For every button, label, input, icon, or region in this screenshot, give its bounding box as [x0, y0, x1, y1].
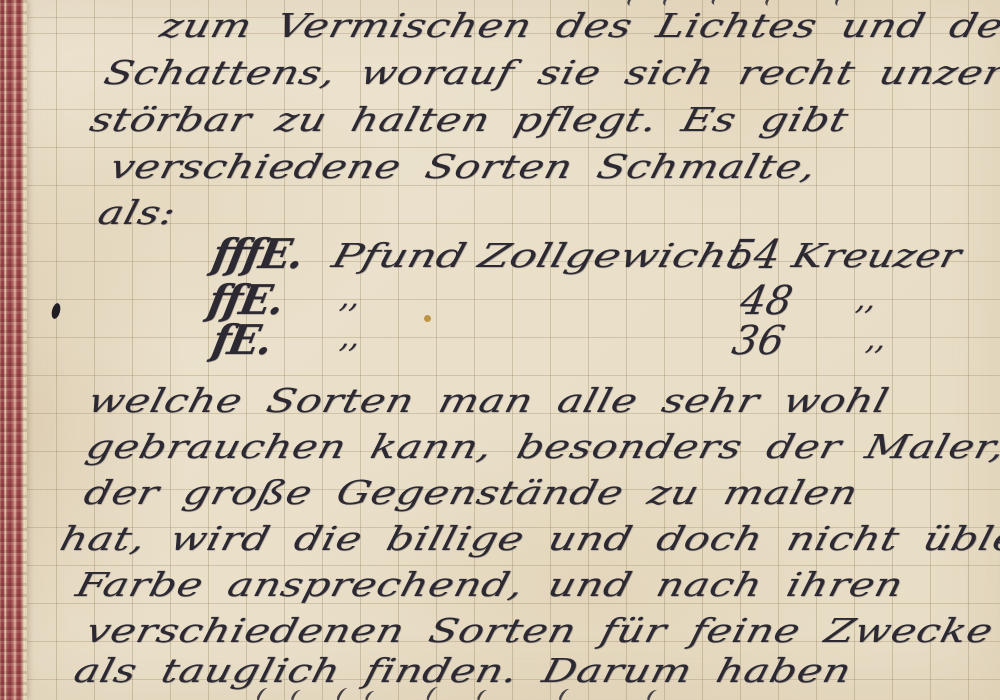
currency-label: Kreuzer: [788, 236, 965, 275]
handwritten-line-5: als:: [94, 193, 180, 232]
weight-label: Pfund Zollgewicht: [328, 236, 750, 275]
handwritten-line-8: der große Gegenstände zu malen: [80, 473, 862, 512]
grade-label: fE.: [208, 316, 275, 364]
handwritten-line-11: verschiedenen Sorten für feine Zwecke: [82, 611, 997, 650]
price-table-row-1: fffE. Pfund Zollgewicht 54 Kreuzer: [0, 234, 1000, 286]
ditto-marks: ‚‚ ‚‚: [337, 320, 1000, 355]
handwritten-line-9: hat, wird die billige und doch nicht übl…: [56, 519, 1000, 558]
price-table-row-3: fE. ‚‚ ‚‚ 36 ‚‚: [0, 320, 1000, 372]
ditto-marks: ‚‚ ‚‚: [337, 280, 1000, 315]
price-amount: 36: [728, 318, 788, 364]
grade-label: fffE.: [208, 230, 306, 278]
handwritten-line-4: verschiedene Sorten Schmalte,: [106, 147, 821, 186]
manuscript-page: zum Vermischen des Lichtes und des Schat…: [0, 0, 1000, 700]
handwritten-line-2: Schattens, worauf sie sich recht unzer-: [100, 53, 1000, 92]
handwritten-line-1: zum Vermischen des Lichtes und des: [156, 6, 1000, 45]
paper-fleck: [424, 315, 431, 322]
price-amount: 54: [724, 232, 784, 278]
handwritten-line-7: gebrauchen kann, besonders der Maler,: [82, 427, 1000, 466]
handwritten-line-12: als tauglich finden. Darum haben: [70, 651, 856, 690]
handwritten-line-6: welche Sorten man alle sehr wohl: [84, 381, 893, 420]
handwritten-line-3: störbar zu halten pflegt. Es gibt: [86, 100, 852, 139]
handwritten-line-10: Farbe ansprechend, und nach ihren: [72, 565, 908, 604]
book-binding-edge: [0, 0, 27, 700]
